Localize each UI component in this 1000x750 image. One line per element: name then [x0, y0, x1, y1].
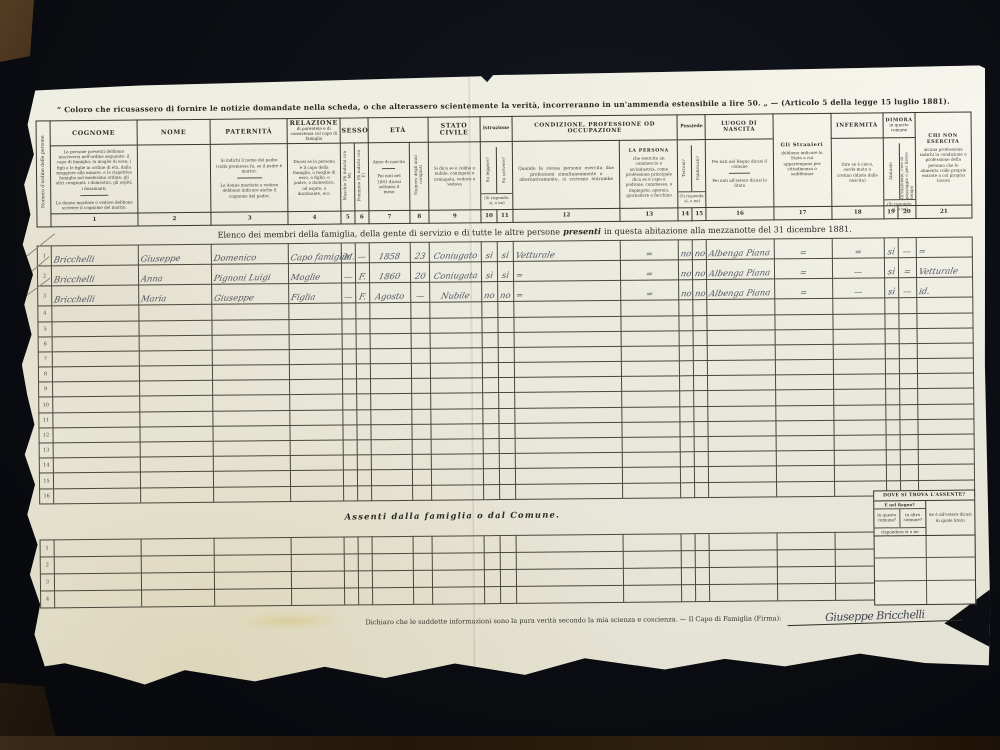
entry-cell [413, 536, 432, 553]
entry-cell: = [621, 240, 679, 261]
entry-cell [693, 315, 707, 330]
entry-cell [833, 329, 886, 345]
entry-cell [514, 392, 622, 408]
entry-cell [413, 553, 432, 570]
entry-cell [498, 378, 514, 393]
entry-cell [214, 588, 292, 606]
entry-cell [708, 406, 775, 422]
entry-cell [707, 330, 774, 346]
entry-cell [53, 472, 140, 488]
entry-cell [833, 313, 886, 329]
entry-cell [482, 347, 498, 362]
col-number: 21 [916, 205, 972, 219]
altro-comune-label: in altro comune? [899, 509, 925, 527]
entry-cell [430, 408, 483, 424]
handwritten-entry: Vetturale [918, 266, 959, 277]
entry-cell [696, 584, 710, 601]
entry-cell [899, 313, 917, 328]
entry-cell [482, 332, 498, 347]
entry-cell [54, 488, 141, 504]
entry-cell [709, 466, 776, 482]
entry-cell [141, 572, 214, 590]
entry-cell: sì [481, 262, 497, 282]
entry-cell [290, 334, 343, 350]
entry-cell [623, 534, 681, 552]
handwritten-entry: = [646, 289, 655, 299]
entry-cell [358, 571, 372, 588]
handwritten-entry: Nubile [440, 291, 470, 302]
entry-cell: — [411, 283, 430, 303]
entry-cell: no [482, 282, 498, 302]
estero-label: Se è all'estero dicasi in quale Stato [926, 500, 975, 534]
entry-cell [499, 393, 515, 408]
dimora-labels: AbitualeOccasionale, cioè di passaggio o… [883, 138, 915, 207]
handwritten-entry: Giuseppe [213, 293, 255, 304]
handwritten-entry: Anna [140, 274, 164, 284]
handwritten-entry: — [415, 291, 425, 301]
handwritten-entry: — [853, 267, 863, 277]
col-number: 12 [513, 209, 621, 223]
entry-cell [343, 486, 357, 501]
entry-cell [371, 439, 412, 455]
entry-cell [500, 569, 516, 586]
entry-cell [917, 297, 973, 313]
entry-cell [775, 329, 833, 345]
handwritten-entry: — [357, 252, 367, 262]
entry-cell [429, 302, 482, 318]
entry-cell: — [341, 263, 355, 283]
entry-cell [498, 332, 514, 347]
entry-cell [710, 550, 777, 568]
entry-cell [344, 554, 358, 571]
entry-cell [372, 536, 413, 553]
entry-cell [886, 404, 900, 419]
entry-cell [622, 346, 680, 362]
entry-cell [885, 328, 899, 343]
col-number: 2 [138, 213, 211, 227]
entry-cell [622, 422, 680, 438]
col-eta-title: ETÀ [368, 117, 428, 143]
sesso-femmina-label: Femmina (Si indichi con F) [354, 143, 369, 211]
entry-cell [710, 567, 777, 585]
handwritten-entry: M. [343, 252, 356, 262]
entry-cell [680, 406, 694, 421]
entry-cell [411, 333, 430, 348]
entry-cell [885, 313, 899, 328]
handwritten-entry: 1860 [378, 271, 401, 281]
entry-cell: no [693, 240, 707, 260]
handwritten-entry: = [645, 269, 654, 279]
entry-cell [900, 389, 918, 404]
entry-cell [432, 535, 485, 553]
entry-cell [516, 585, 624, 603]
entry-cell: Bricchelli [51, 245, 138, 266]
entry-cell [499, 484, 515, 499]
stato-civile-instructions: Si dica se è celibe o nubile, coniugato … [428, 142, 481, 211]
row-number-cell: 4 [41, 591, 55, 608]
entry-cell [343, 455, 357, 470]
entry-cell [483, 454, 499, 469]
entry-cell [290, 379, 343, 395]
handwritten-entry: 20 [414, 271, 427, 281]
istruzione-labels: Sa leggere?Sa scrivere?(Si risponda: sì,… [480, 141, 512, 210]
entry-cell [214, 571, 292, 589]
entry-cell [430, 317, 483, 333]
entry-cell [356, 303, 370, 318]
entry-cell [358, 537, 372, 554]
entry-cell [140, 457, 213, 473]
entry-cell [833, 359, 886, 375]
handwritten-entry: id. [918, 286, 931, 296]
col-number: 7 [369, 211, 410, 224]
regno-column: È nel Regno? in questo comune? in altro … [874, 501, 926, 535]
handwritten-entry: sì [887, 287, 896, 297]
census-form-paper: “ Coloro che ricusassero di fornire le n… [19, 65, 991, 686]
row-number-cell: 16 [40, 488, 54, 503]
handwritten-entry: Giuseppe [140, 253, 182, 264]
handwritten-entry: Bricchelli [53, 254, 96, 265]
handwritten-entry: — [902, 246, 912, 256]
handwritten-entry: Vetturale [515, 250, 556, 261]
condizione-instructions: Quando la stessa persona esercita due pr… [512, 140, 620, 209]
entry-cell [411, 303, 430, 318]
entry-cell [372, 570, 413, 587]
entry-cell [499, 438, 515, 453]
col-possiede-title: Possiede [677, 115, 705, 140]
entry-cell [775, 344, 833, 360]
handwritten-entry: = [798, 247, 807, 257]
entry-cell [212, 334, 290, 350]
entry-cell [709, 481, 776, 497]
row-number-cell: 6 [38, 337, 52, 352]
entry-cell [411, 318, 430, 333]
entry-cell [414, 587, 433, 604]
entry-cell: Anna [138, 265, 211, 286]
entry-cell [212, 319, 290, 335]
entry-cell [54, 556, 141, 574]
entry-cell [695, 482, 709, 497]
entry-cell [212, 304, 290, 320]
entry-cell [357, 485, 371, 500]
entry-cell [622, 406, 680, 422]
entry-cell [413, 485, 432, 500]
handwritten-entry: = [903, 266, 912, 276]
legal-warning: “ Coloro che ricusassero di fornire le n… [35, 97, 971, 115]
entry-cell [834, 420, 887, 436]
col-number: 18 [832, 206, 884, 220]
handwritten-entry: sì [485, 250, 494, 260]
col-number: 9 [429, 210, 481, 224]
entry-cell [899, 343, 917, 358]
entry-cell [370, 318, 411, 334]
entry-cell [483, 423, 499, 438]
relazione-instructions: Dicasi se la persona è il capo della fam… [288, 143, 341, 212]
entry-cell: Vetturale [513, 241, 621, 262]
entry-cell [516, 551, 624, 569]
entry-cell [372, 587, 413, 604]
entry-cell [514, 301, 622, 317]
entry-cell: Moglie [289, 263, 342, 284]
entry-cell [483, 393, 499, 408]
entry-cell [290, 410, 343, 426]
entry-cell [777, 549, 835, 567]
entry-cell: = [621, 260, 679, 281]
row-number-cell: 13 [39, 443, 53, 458]
entry-cell [498, 347, 514, 362]
entry-cell: Figlia [289, 283, 342, 304]
entry-cell: F. [355, 283, 369, 303]
luogo-nascita-instructions: Pei nati nel Regno dicasi il comunePei n… [706, 139, 774, 208]
entry-cell [342, 318, 356, 333]
declaration: Dichiaro che le suddette informazioni so… [40, 608, 976, 631]
entry-cell [918, 404, 974, 420]
entry-cell: sì [497, 242, 513, 262]
entry-cell [140, 381, 213, 397]
entry-cell [357, 394, 371, 409]
entry-cell [710, 584, 777, 602]
entry-cell: Capo famiglia [289, 243, 342, 264]
entry-cell [514, 361, 622, 377]
entry-cell [833, 344, 886, 360]
entry-cell: — [899, 278, 917, 298]
entry-cell [212, 349, 290, 365]
entry-cell [412, 439, 431, 454]
entry-cell [140, 441, 213, 457]
entry-cell [624, 585, 682, 603]
list-title-pre: Elenco dei membri della famiglia, della … [217, 227, 560, 240]
entry-cell [885, 359, 899, 374]
entry-cell [139, 335, 212, 351]
entry-cell [776, 435, 834, 451]
col-paternita-title: PATERNITÀ [210, 119, 288, 145]
entry-cell [886, 420, 900, 435]
entry-cell: sì [481, 242, 497, 262]
possiede-labels: Terreni?Fabbricati?(Si risponda: sì, o n… [678, 140, 707, 209]
entry-cell [357, 470, 371, 485]
entry-cell [431, 424, 484, 440]
entry-cell [900, 419, 918, 434]
entry-cell [357, 440, 371, 455]
assenti-table: 1234 [40, 530, 977, 608]
entry-cell [52, 351, 139, 367]
handwritten-entry: 1858 [378, 251, 401, 261]
entry-cell [694, 345, 708, 360]
nome-blank [137, 144, 211, 213]
entry-cell [707, 314, 774, 330]
form-content: “ Coloro che ricusassero di fornire le n… [35, 80, 976, 632]
entry-cell [680, 376, 694, 391]
entry-cell [412, 394, 431, 409]
col-luogo-nascita-title: LUOGO DI NASCITA [705, 114, 773, 140]
col-cognome-title: COGNOME [50, 120, 137, 146]
entry-cell [833, 389, 886, 405]
entry-cell [694, 406, 708, 421]
entry-cell [899, 359, 917, 374]
entry-cell [695, 467, 709, 482]
entry-cell [777, 532, 835, 550]
entry-cell [707, 299, 774, 315]
entry-cell [483, 469, 499, 484]
entry-cell [681, 452, 695, 467]
entry-cell [623, 467, 681, 483]
entry-cell [515, 453, 623, 469]
entry-cell [371, 409, 412, 425]
entry-cell [694, 421, 708, 436]
entry-cell [514, 316, 622, 332]
entry-cell [621, 331, 679, 347]
entry-cell [412, 424, 431, 439]
entry-cell [899, 328, 917, 343]
handwritten-entry: = [645, 249, 654, 259]
entry-cell: Coniugata [429, 262, 482, 283]
entry-cell [695, 533, 709, 550]
entry-cell [370, 333, 411, 349]
entry-cell [693, 300, 707, 315]
entry-cell [53, 412, 140, 428]
entry-cell [213, 486, 291, 502]
row-number-cell: 10 [39, 397, 53, 412]
entry-cell: = [774, 239, 832, 260]
entry-cell [498, 317, 514, 332]
entry-cell [291, 470, 344, 486]
entry-cell [483, 378, 499, 393]
entry-cell [679, 315, 693, 330]
entry-cell [370, 348, 411, 364]
entry-cell [371, 424, 412, 440]
entry-cell: — [832, 258, 885, 279]
entry-cell [681, 467, 695, 482]
entry-cell [682, 550, 696, 567]
entry-cell: Nubile [429, 282, 482, 303]
entry-cell [482, 317, 498, 332]
entry-cell [291, 486, 344, 502]
entry-cell: Maria [139, 285, 212, 306]
col-dimora-title: DIMORAin questo comune [883, 113, 915, 138]
entry-cell [776, 481, 834, 497]
entry-cell [774, 299, 832, 315]
entry-cell [679, 330, 693, 345]
entry-cell [484, 552, 500, 569]
entry-cell: id. [916, 277, 972, 298]
entry-cell [834, 435, 887, 451]
entry-cell: — [341, 283, 355, 303]
row-number-cell: 15 [39, 473, 53, 488]
entry-cell [430, 348, 483, 364]
list-title-post: in questa abitazione alla mezzanotte del… [604, 224, 852, 236]
entry-cell [370, 303, 411, 319]
col-number: 1 [51, 213, 138, 227]
entry-cell [516, 568, 624, 586]
entry-cell [139, 320, 212, 336]
entry-cell [900, 465, 918, 480]
entry-cell [917, 313, 973, 329]
entry-cell [917, 328, 973, 344]
handwritten-entry: = [515, 290, 524, 300]
head-of-family-signature: Giuseppe Bricchelli [787, 607, 962, 626]
row-number-cell: 2 [40, 557, 54, 574]
entry-cell [139, 350, 212, 366]
entry-cell [900, 404, 918, 419]
entry-cell [515, 437, 623, 453]
entry-cell [430, 363, 483, 379]
entry-cell [289, 303, 342, 319]
entry-cell [343, 440, 357, 455]
entry-cell [775, 314, 833, 330]
desk-background: “ Coloro che ricusassero di fornire le n… [0, 0, 1000, 750]
entry-cell: Agosto [369, 283, 410, 303]
entry-cell [371, 470, 412, 486]
entry-cell [344, 588, 358, 605]
handwritten-entry: Figlia [291, 292, 317, 302]
entry-cell [695, 452, 709, 467]
entry-cell: Bricchelli [52, 285, 139, 306]
entry-cell [776, 466, 834, 482]
entry-cell [622, 437, 680, 453]
entry-cell [214, 537, 292, 555]
entry-cell [55, 590, 142, 608]
entry-cell: 1858 [369, 243, 410, 263]
entry-cell [430, 393, 483, 409]
entry-cell [900, 450, 918, 465]
handwritten-entry: — [343, 292, 353, 302]
entry-cell [357, 425, 371, 440]
handwritten-entry: = [918, 246, 927, 256]
entry-cell [290, 349, 343, 365]
anni-compiuti-label: Numero degli anni compiuti [409, 142, 428, 211]
entry-cell [886, 389, 900, 404]
col-number: 6 [355, 211, 369, 224]
entry-cell [139, 365, 212, 381]
entry-cell [54, 573, 141, 591]
entry-cell [343, 394, 357, 409]
handwritten-entry: = [799, 287, 808, 297]
entry-cell [431, 439, 484, 455]
col-number: 11 [497, 210, 513, 223]
entry-cell [696, 567, 710, 584]
entry-cell [53, 457, 140, 473]
entry-cell: Bricchelli [51, 265, 138, 286]
entry-cell [484, 484, 500, 499]
entry-cell: 23 [410, 243, 429, 263]
entry-cell: — [832, 278, 885, 299]
entry-cell: — [355, 243, 369, 263]
entry-cell [411, 363, 430, 378]
entry-cell [289, 319, 342, 335]
entry-cell [886, 450, 900, 465]
entry-cell [708, 375, 775, 391]
entry-cell: = [621, 280, 679, 301]
entry-cell [776, 451, 834, 467]
entry-cell [694, 391, 708, 406]
handwritten-entry: no [484, 290, 496, 300]
entry-cell [483, 439, 499, 454]
dove-si-trova-box: DOVE SI TROVA L'ASSENTE? È nel Regno? in… [873, 489, 976, 605]
handwritten-entry: no [695, 288, 707, 298]
entry-cell [214, 554, 292, 572]
col-number: 4 [288, 211, 340, 225]
infermita-instructions: Dire se è cieco, sordo-muto o cretino (i… [831, 138, 884, 207]
box-empty-grid [875, 535, 976, 604]
entry-cell [343, 470, 357, 485]
entry-cell [500, 552, 516, 569]
entry-cell: no [498, 282, 514, 302]
entry-cell [885, 344, 899, 359]
row-number-cell: 12 [39, 428, 53, 443]
entry-cell [292, 571, 345, 589]
entry-cell: Coniugato [429, 242, 482, 263]
paternita-instructions: Si indichi il nome del padre (colla prem… [210, 144, 288, 213]
entry-cell [499, 469, 515, 484]
